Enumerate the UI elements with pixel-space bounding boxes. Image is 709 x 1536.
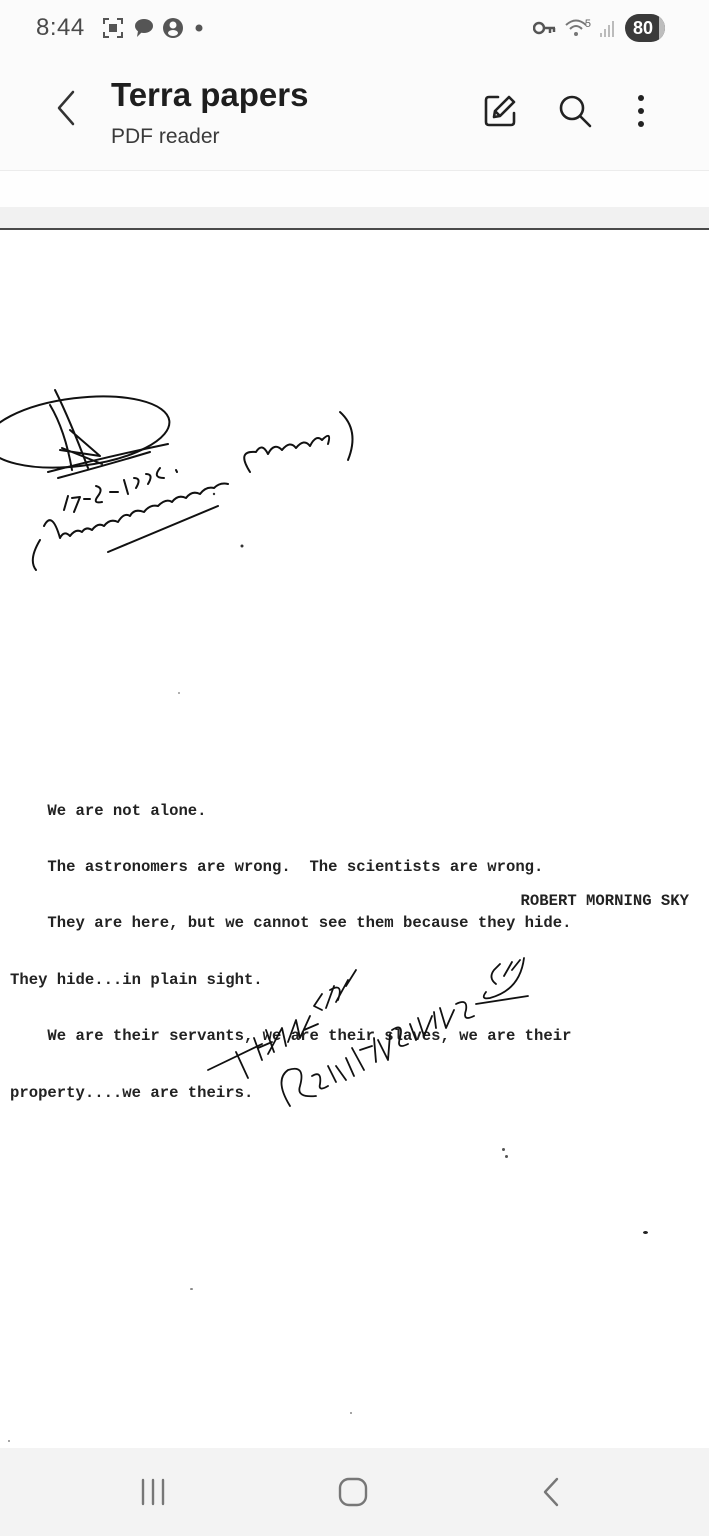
signal-icon — [599, 18, 617, 38]
scan-speck — [190, 1288, 193, 1290]
wifi-label: 5 — [585, 18, 591, 30]
handwritten-note-signature — [0, 360, 709, 760]
account-icon — [162, 17, 184, 39]
scan-speck — [502, 1148, 505, 1151]
scan-speck — [643, 1231, 648, 1234]
home-icon — [337, 1476, 369, 1508]
edit-button[interactable] — [480, 91, 520, 131]
scan-speck — [505, 1155, 508, 1158]
app-bar: Terra papers PDF reader — [0, 58, 709, 171]
search-button[interactable] — [555, 91, 595, 131]
more-options-button[interactable] — [621, 91, 661, 131]
system-back-button[interactable] — [526, 1472, 576, 1512]
recent-apps-icon — [138, 1477, 168, 1507]
scan-speck — [350, 1412, 352, 1414]
battery-indicator: 80 — [625, 14, 665, 42]
paragraph-line: We are not alone. — [10, 802, 700, 821]
search-icon — [557, 93, 593, 129]
paragraph-line: The astronomers are wrong. The scientist… — [10, 858, 700, 877]
scan-speck — [178, 692, 180, 694]
vpn-key-icon — [533, 20, 557, 36]
edit-icon — [482, 93, 518, 129]
chat-bubbles-icon — [132, 17, 154, 39]
home-button[interactable] — [328, 1472, 378, 1512]
pdf-page[interactable]: We are not alone. The astronomers are wr… — [0, 228, 709, 1450]
previous-page-fragment[interactable] — [0, 171, 709, 208]
back-button[interactable] — [48, 88, 84, 128]
battery-level: 80 — [633, 18, 653, 39]
more-options-icon — [636, 93, 646, 129]
document-subtitle: PDF reader — [111, 125, 220, 149]
notification-dot-icon — [192, 17, 206, 39]
back-icon — [540, 1476, 562, 1508]
wifi-icon: 5 — [565, 18, 591, 38]
screenshot-icon — [102, 17, 124, 39]
chevron-left-icon — [55, 89, 77, 127]
recent-apps-button[interactable] — [128, 1472, 178, 1512]
page-separator — [0, 207, 709, 228]
scan-speck — [8, 1440, 10, 1442]
handwritten-signoff — [0, 920, 709, 1180]
system-nav-bar — [0, 1448, 709, 1536]
document-title: Terra papers — [111, 76, 308, 114]
status-bar: 8:44 5 — [0, 0, 709, 58]
author-name: ROBERT MORNING SKY — [521, 892, 689, 910]
status-time: 8:44 — [36, 14, 85, 42]
